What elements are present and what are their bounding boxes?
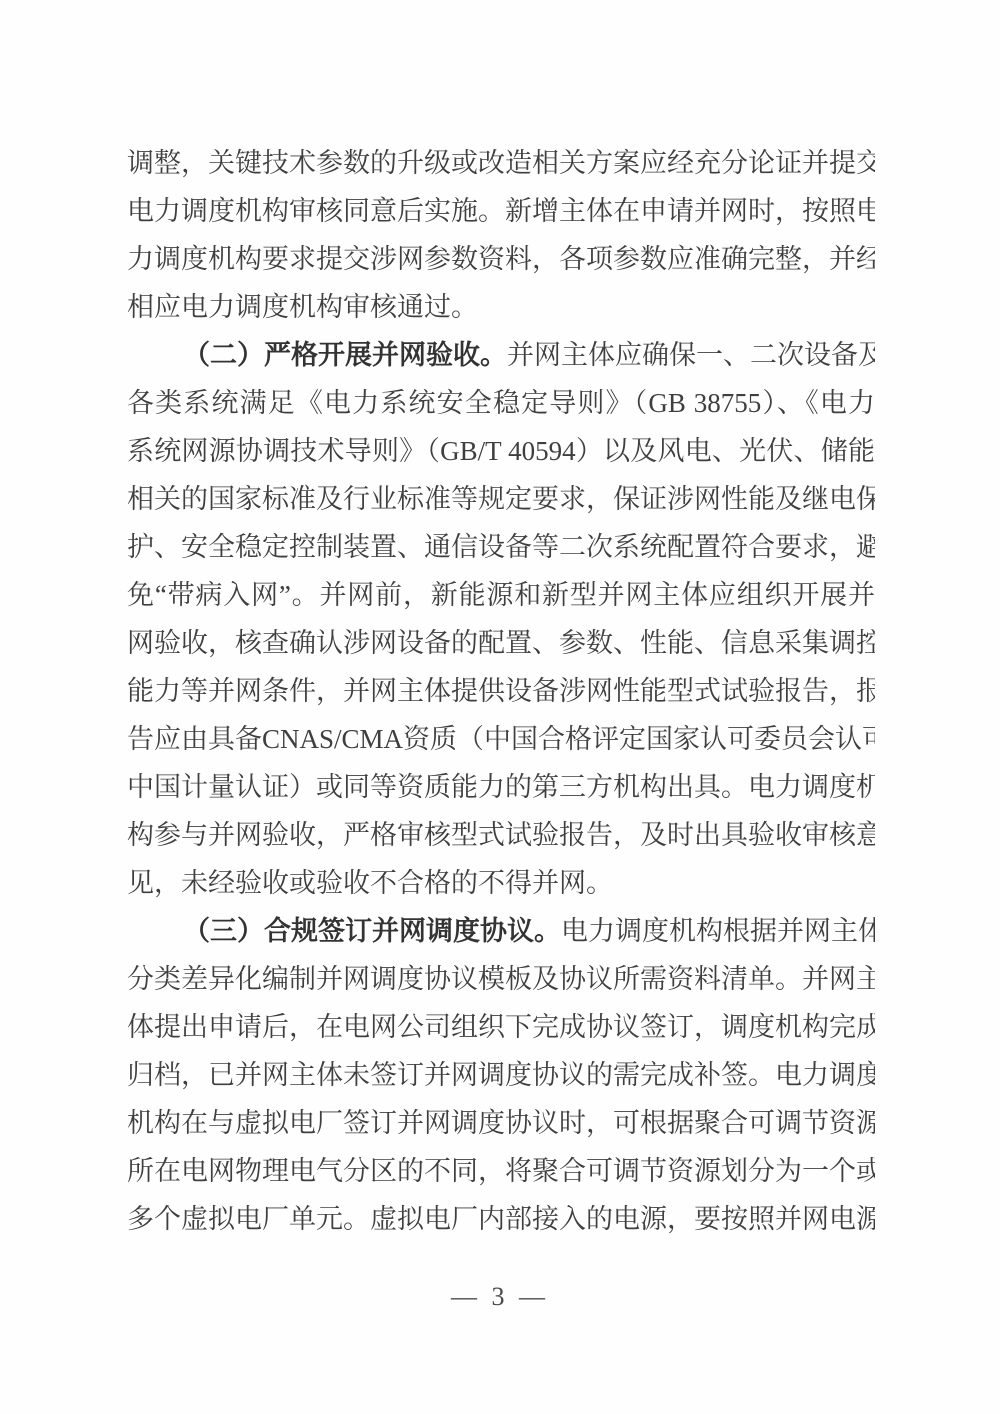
text-run: 并网主体应确保一、二次设备及 bbox=[507, 340, 875, 370]
text-line: 系统网源协调技术导则》（GB/T 40594）以及风电、光伏、储能 bbox=[127, 427, 875, 475]
text-line: 机构在与虚拟电厂签订并网调度协议时，可根据聚合可调节资源 bbox=[127, 1099, 875, 1147]
text-line: （三）合规签订并网调度协议。电力调度机构根据并网主体 bbox=[127, 907, 875, 955]
text-line: 网验收，核查确认涉网设备的配置、参数、性能、信息采集调控 bbox=[127, 619, 875, 667]
text-line: 归档，已并网主体未签订并网调度协议的需完成补签。电力调度 bbox=[127, 1051, 875, 1099]
section-heading-3: （三）合规签订并网调度协议。 bbox=[183, 916, 561, 946]
text-line: 所在电网物理电气分区的不同，将聚合可调节资源划分为一个或 bbox=[127, 1147, 875, 1195]
text-line: 构参与并网验收，严格审核型式试验报告，及时出具验收审核意 bbox=[127, 811, 875, 859]
text-line: 力调度机构要求提交涉网参数资料，各项参数应准确完整，并经 bbox=[127, 235, 875, 283]
text-line: 护、安全稳定控制装置、通信设备等二次系统配置符合要求，避 bbox=[127, 523, 875, 571]
text-line: 告应由具备CNAS/CMA资质（中国合格评定国家认可委员会认可或 bbox=[127, 715, 875, 763]
text-line: 电力调度机构审核同意后实施。新增主体在申请并网时，按照电 bbox=[127, 187, 875, 235]
section-heading-2: （二）严格开展并网验收。 bbox=[183, 340, 507, 370]
text-line: 体提出申请后，在电网公司组织下完成协议签订，调度机构完成 bbox=[127, 1003, 875, 1051]
text-line: 能力等并网条件，并网主体提供设备涉网性能型式试验报告，报 bbox=[127, 667, 875, 715]
text-run: 电力调度机构根据并网主体 bbox=[561, 916, 875, 946]
text-line: 多个虚拟电厂单元。虚拟电厂内部接入的电源，要按照并网电源 bbox=[127, 1195, 875, 1243]
text-line: 中国计量认证）或同等资质能力的第三方机构出具。电力调度机 bbox=[127, 763, 875, 811]
text-line: （二）严格开展并网验收。并网主体应确保一、二次设备及 bbox=[127, 331, 875, 379]
text-line: 各类系统满足《电力系统安全稳定导则》（GB 38755）、《电力 bbox=[127, 379, 875, 427]
text-line: 调整，关键技术参数的升级或改造相关方案应经充分论证并提交 bbox=[127, 139, 875, 187]
text-line: 相关的国家标准及行业标准等规定要求，保证涉网性能及继电保 bbox=[127, 475, 875, 523]
page-number: — 3 — bbox=[0, 1282, 1000, 1312]
text-line: 相应电力调度机构审核通过。 bbox=[127, 283, 875, 331]
document-page: 调整，关键技术参数的升级或改造相关方案应经充分论证并提交 电力调度机构审核同意后… bbox=[0, 0, 1000, 1414]
body-text: 调整，关键技术参数的升级或改造相关方案应经充分论证并提交 电力调度机构审核同意后… bbox=[127, 139, 875, 1243]
text-line: 分类差异化编制并网调度协议模板及协议所需资料清单。并网主 bbox=[127, 955, 875, 1003]
text-line: 免“带病入网”。并网前，新能源和新型并网主体应组织开展并 bbox=[127, 571, 875, 619]
text-line: 见，未经验收或验收不合格的不得并网。 bbox=[127, 859, 875, 907]
